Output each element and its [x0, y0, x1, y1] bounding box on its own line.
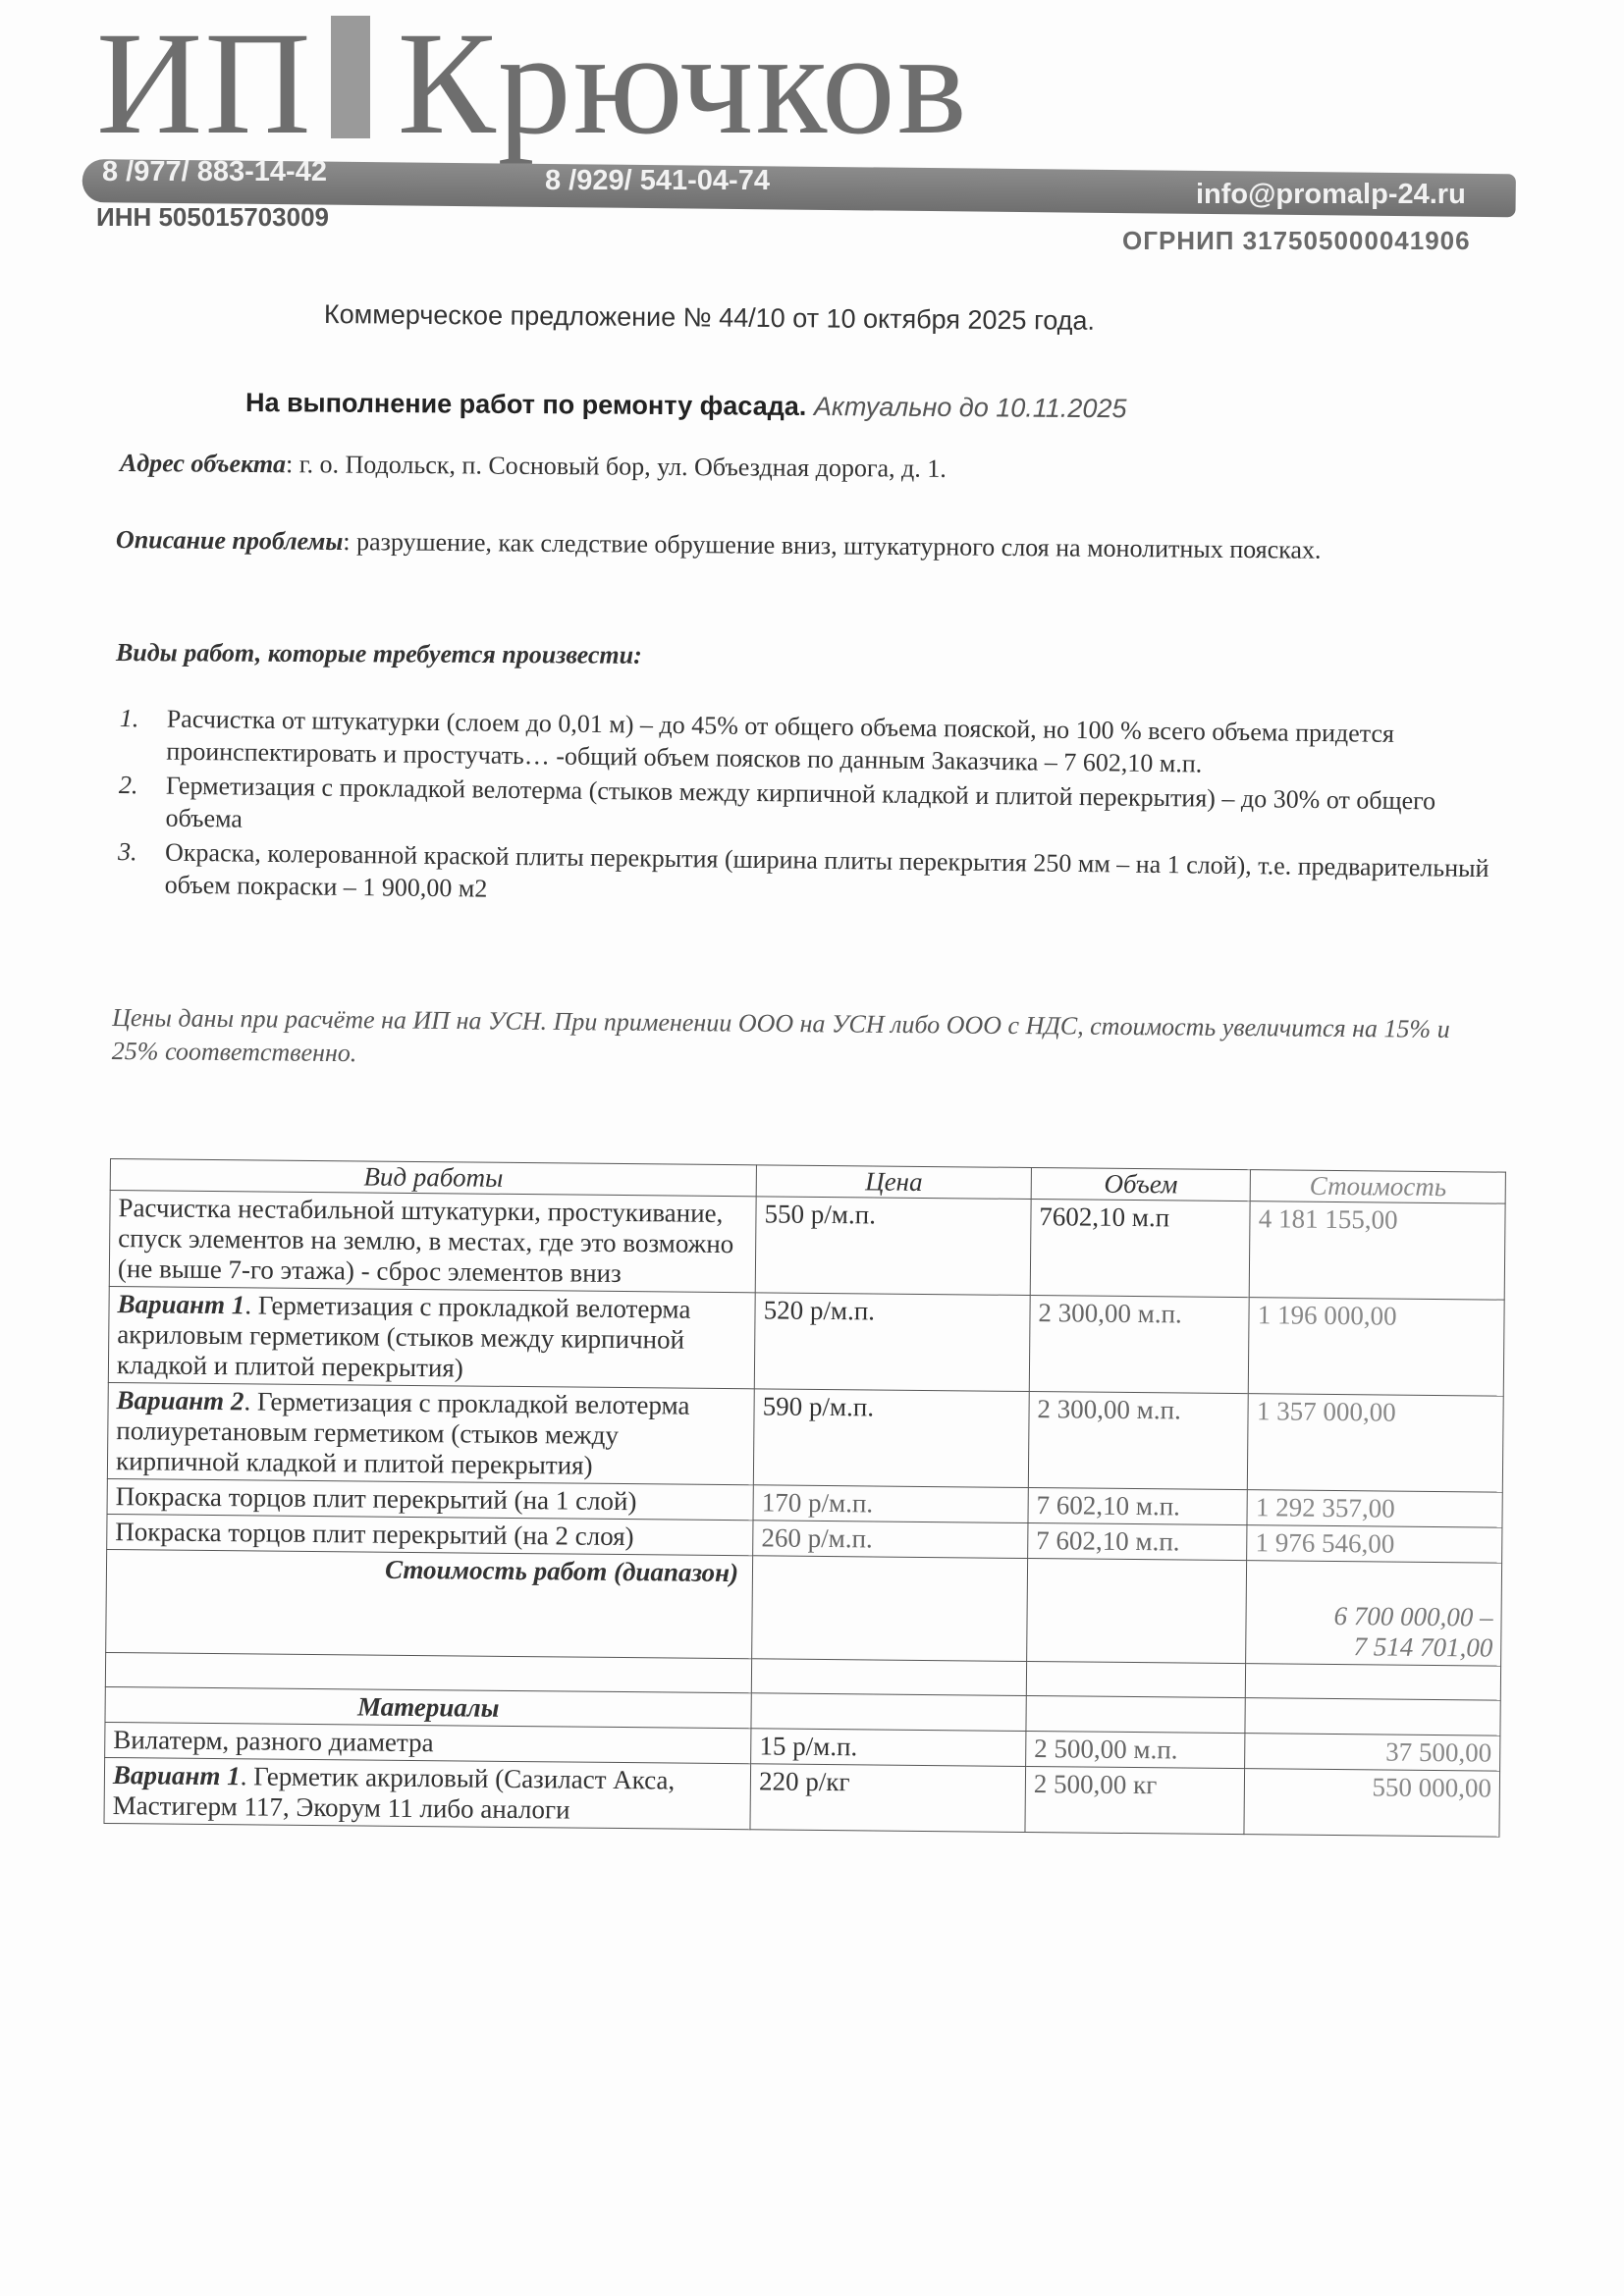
material-cost: 550 000,00	[1244, 1769, 1499, 1837]
logo-prefix: ИП	[96, 10, 313, 157]
problem-value: : разрушение, как следствие обрушение вн…	[343, 527, 1321, 564]
work-desc-text: Расчистка нестабильной штукатурки, прост…	[118, 1193, 734, 1288]
empty-cell	[751, 1693, 1026, 1732]
header-price: Цена	[756, 1165, 1031, 1200]
list-number: 3.	[118, 835, 137, 868]
summary-range: 6 700 000,00 – 7 514 701,00	[1246, 1561, 1502, 1666]
work-price: 590 р/м.п.	[753, 1389, 1029, 1488]
work-price: 260 р/м.п.	[753, 1521, 1028, 1559]
work-cost: 1 976 546,00	[1247, 1525, 1502, 1563]
ogrnip-number: ОГРНИП 317505000041906	[1122, 226, 1471, 256]
summary-price-empty	[752, 1556, 1028, 1662]
material-price: 15 р/м.п.	[751, 1729, 1026, 1767]
work-volume: 7602,10 м.п	[1030, 1200, 1250, 1298]
material-cost: 37 500,00	[1245, 1734, 1500, 1771]
list-number: 1.	[120, 702, 139, 734]
empty-cell	[1246, 1664, 1501, 1700]
material-description: Вариант 1. Герметик акриловый (Сазиласт …	[104, 1757, 751, 1829]
work-cost: 4 181 155,00	[1250, 1201, 1506, 1300]
works-heading: Виды работ, которые требуется произвести…	[116, 636, 642, 672]
company-logo: ИПКрючков	[96, 10, 969, 157]
problem-description: Описание проблемы: разрушение, как следс…	[116, 523, 1392, 567]
material-price: 220 р/кг	[750, 1764, 1025, 1833]
work-cost: 1 196 000,00	[1249, 1298, 1505, 1396]
works-list: 1.Расчистка от штукатурки (слоем до 0,01…	[114, 702, 1520, 919]
variant-label: Вариант 1	[113, 1760, 241, 1790]
price-table-wrapper: Вид работы Цена Объем Стоимость Расчистк…	[103, 1158, 1505, 1838]
address-value: : г. о. Подольск, п. Сосновый бор, ул. О…	[286, 450, 947, 483]
work-volume: 7 602,10 м.п.	[1028, 1522, 1248, 1560]
logo-company-name: Крючков	[398, 10, 969, 157]
work-volume: 7 602,10 м.п.	[1028, 1487, 1248, 1524]
summary-volume-empty	[1027, 1558, 1247, 1663]
object-address: Адрес объекта: г. о. Подольск, п. Соснов…	[120, 447, 1514, 490]
range-low: 6 700 000,00 –	[1255, 1600, 1493, 1632]
table-row: Расчистка нестабильной штукатурки, прост…	[109, 1191, 1505, 1301]
list-number: 2.	[119, 769, 138, 801]
valid-until: Актуально до 10.11.2025	[814, 392, 1127, 423]
address-label: Адрес объекта	[120, 449, 286, 478]
phone-1: 8 /977/ 883-14-42	[102, 156, 327, 188]
work-price: 520 р/м.п.	[754, 1293, 1030, 1392]
price-table: Вид работы Цена Объем Стоимость Расчистк…	[103, 1158, 1505, 1838]
work-desc-text: Покраска торцов плит перекрытий (на 2 сл…	[115, 1517, 634, 1551]
tax-note: Цены даны при расчёте на ИП на УСН. При …	[112, 1001, 1468, 1080]
table-row: Вариант 1. Герметизация с прокладкой вел…	[108, 1286, 1504, 1396]
variant-label: Вариант 1	[117, 1289, 244, 1319]
document-page: ИПКрючков 8 /977/ 883-14-42 8 /929/ 541-…	[0, 0, 1624, 2296]
work-price: 550 р/м.п.	[755, 1197, 1031, 1296]
material-volume: 2 500,00 м.п.	[1026, 1731, 1246, 1768]
work-description: Вариант 1. Герметизация с прокладкой вел…	[108, 1286, 755, 1388]
inn-number: ИНН 505015703009	[96, 202, 329, 233]
work-cost: 1 357 000,00	[1248, 1394, 1504, 1492]
table-row: Вариант 2. Герметизация с прокладкой вел…	[107, 1382, 1503, 1492]
empty-cell	[751, 1659, 1026, 1696]
problem-label: Описание проблемы	[116, 525, 344, 556]
list-text: Расчистка от штукатурки (слоем до 0,01 м…	[166, 705, 1394, 778]
phone-2: 8 /929/ 541-04-74	[545, 165, 770, 197]
work-volume: 2 300,00 м.п.	[1029, 1296, 1249, 1394]
work-desc-text: Покраска торцов плит перекрытий (на 1 сл…	[116, 1481, 637, 1516]
header-cost: Стоимость	[1250, 1170, 1505, 1203]
header-volume: Объем	[1031, 1168, 1251, 1201]
work-cost: 1 292 357,00	[1247, 1490, 1502, 1527]
work-description: Вариант 2. Герметизация с прокладкой вел…	[107, 1382, 754, 1484]
work-volume: 2 300,00 м.п.	[1028, 1391, 1248, 1489]
empty-cell	[1026, 1695, 1246, 1733]
empty-cell	[1245, 1698, 1500, 1735]
range-high: 7 514 701,00	[1254, 1630, 1492, 1663]
document-subtitle: На выполнение работ по ремонту фасада. А…	[245, 388, 1127, 424]
subtitle-text: На выполнение работ по ремонту фасада.	[245, 388, 807, 421]
material-desc-text: Вилатерм, разного диаметра	[113, 1725, 434, 1757]
document-title: Коммерческое предложение № 44/10 от 10 о…	[324, 299, 1095, 337]
summary-label: Стоимость работ (диапазон)	[106, 1549, 753, 1658]
summary-row: Стоимость работ (диапазон) 6 700 000,00 …	[106, 1549, 1502, 1666]
empty-cell	[1026, 1661, 1246, 1697]
logo-block-decoration	[331, 16, 370, 138]
work-price: 170 р/м.п.	[753, 1485, 1028, 1523]
email: info@promalp-24.ru	[1196, 179, 1466, 211]
table-row: Вариант 1. Герметик акриловый (Сазиласт …	[104, 1757, 1500, 1837]
work-description: Расчистка нестабильной штукатурки, прост…	[109, 1191, 756, 1293]
variant-label: Вариант 2	[116, 1385, 244, 1415]
material-volume: 2 500,00 кг	[1025, 1766, 1245, 1834]
